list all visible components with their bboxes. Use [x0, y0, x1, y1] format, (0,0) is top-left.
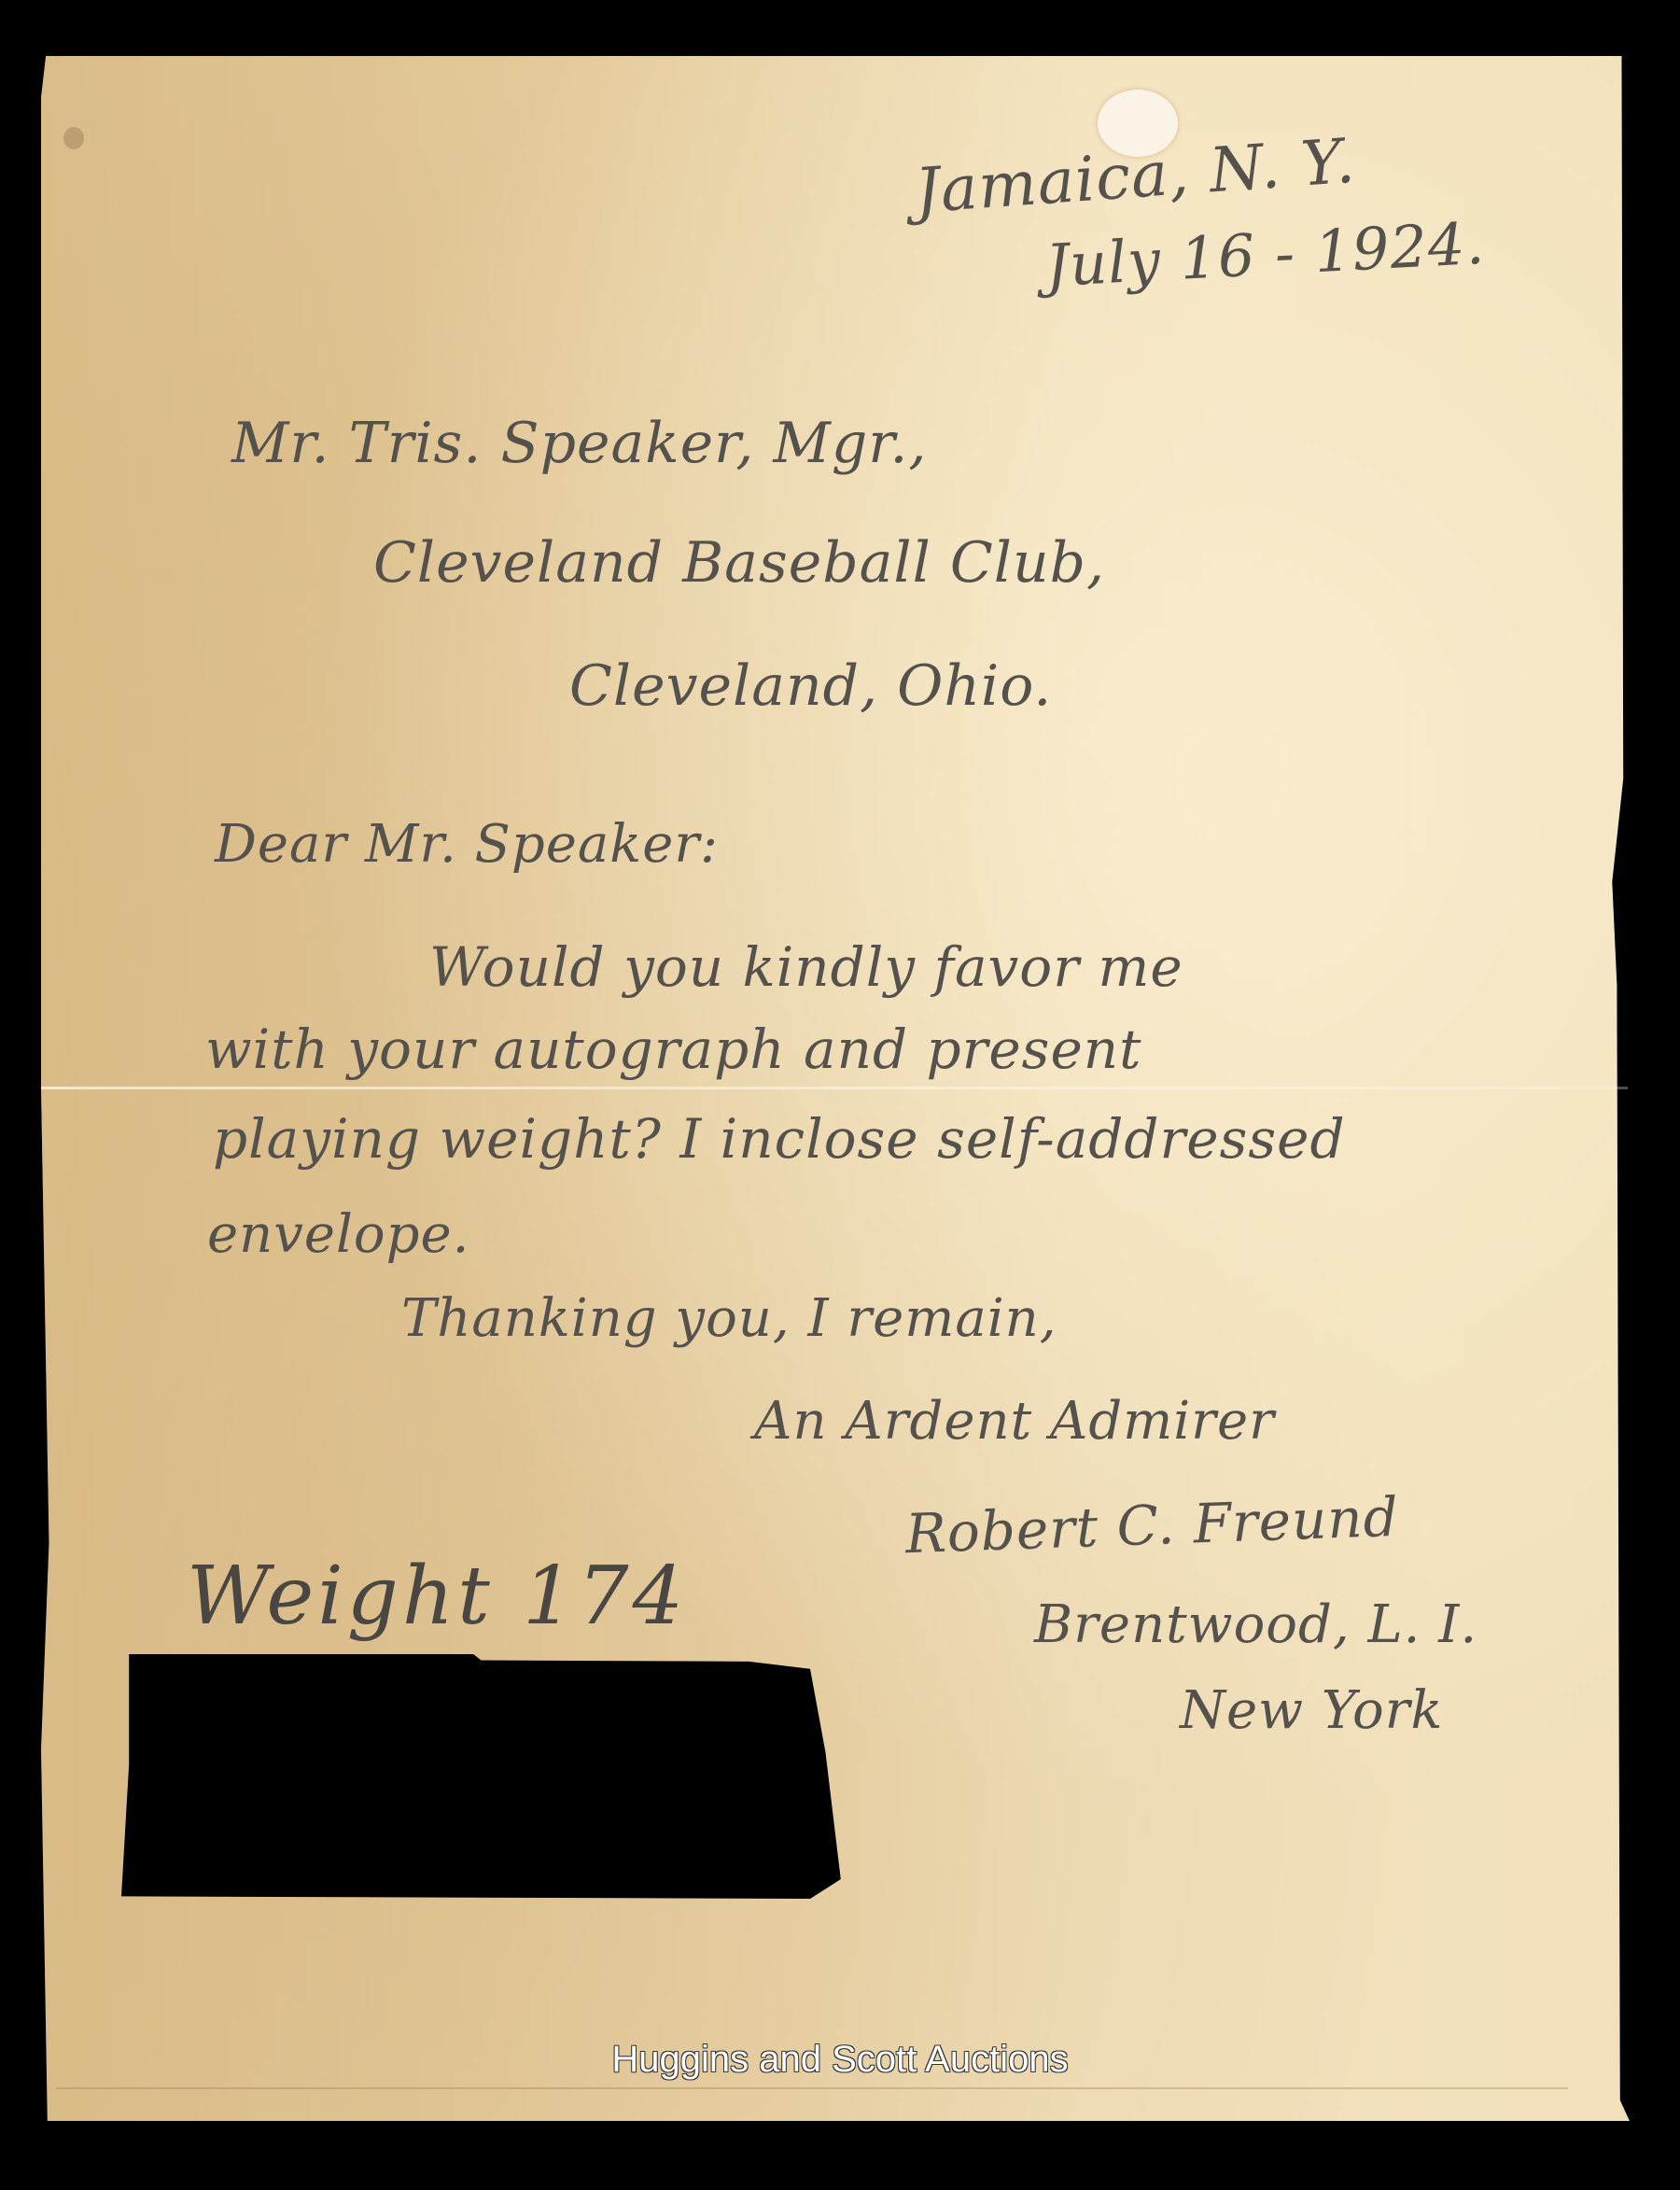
- body-line: envelope.: [207, 1204, 469, 1265]
- bottom-crease: [56, 2087, 1568, 2089]
- sender-address-line1: Brentwood, L. I.: [1034, 1594, 1477, 1655]
- auction-watermark: Huggins and Scott Auctions: [0, 2039, 1680, 2081]
- recipient-name: Mr. Tris. Speaker, Mgr.,: [231, 411, 927, 476]
- closing-line: Thanking you, I remain,: [401, 1288, 1057, 1349]
- salutation: Dear Mr. Speaker:: [215, 814, 719, 875]
- sender-address-line2: New York: [1180, 1680, 1443, 1741]
- recipient-organization: Cleveland Baseball Club,: [373, 530, 1105, 596]
- redaction-block: [121, 1654, 887, 1899]
- weight-annotation: Weight 174: [187, 1550, 687, 1643]
- paper-spot: [63, 127, 84, 149]
- body-line: with your autograph and present: [205, 1018, 1141, 1081]
- fold-crease: [41, 1087, 1628, 1089]
- recipient-city: Cleveland, Ohio.: [569, 653, 1052, 719]
- body-line: playing weight? I inclose self-addressed: [213, 1107, 1346, 1171]
- complimentary-close: An Ardent Admirer: [754, 1391, 1275, 1452]
- body-line: Would you kindly favor me: [429, 935, 1183, 999]
